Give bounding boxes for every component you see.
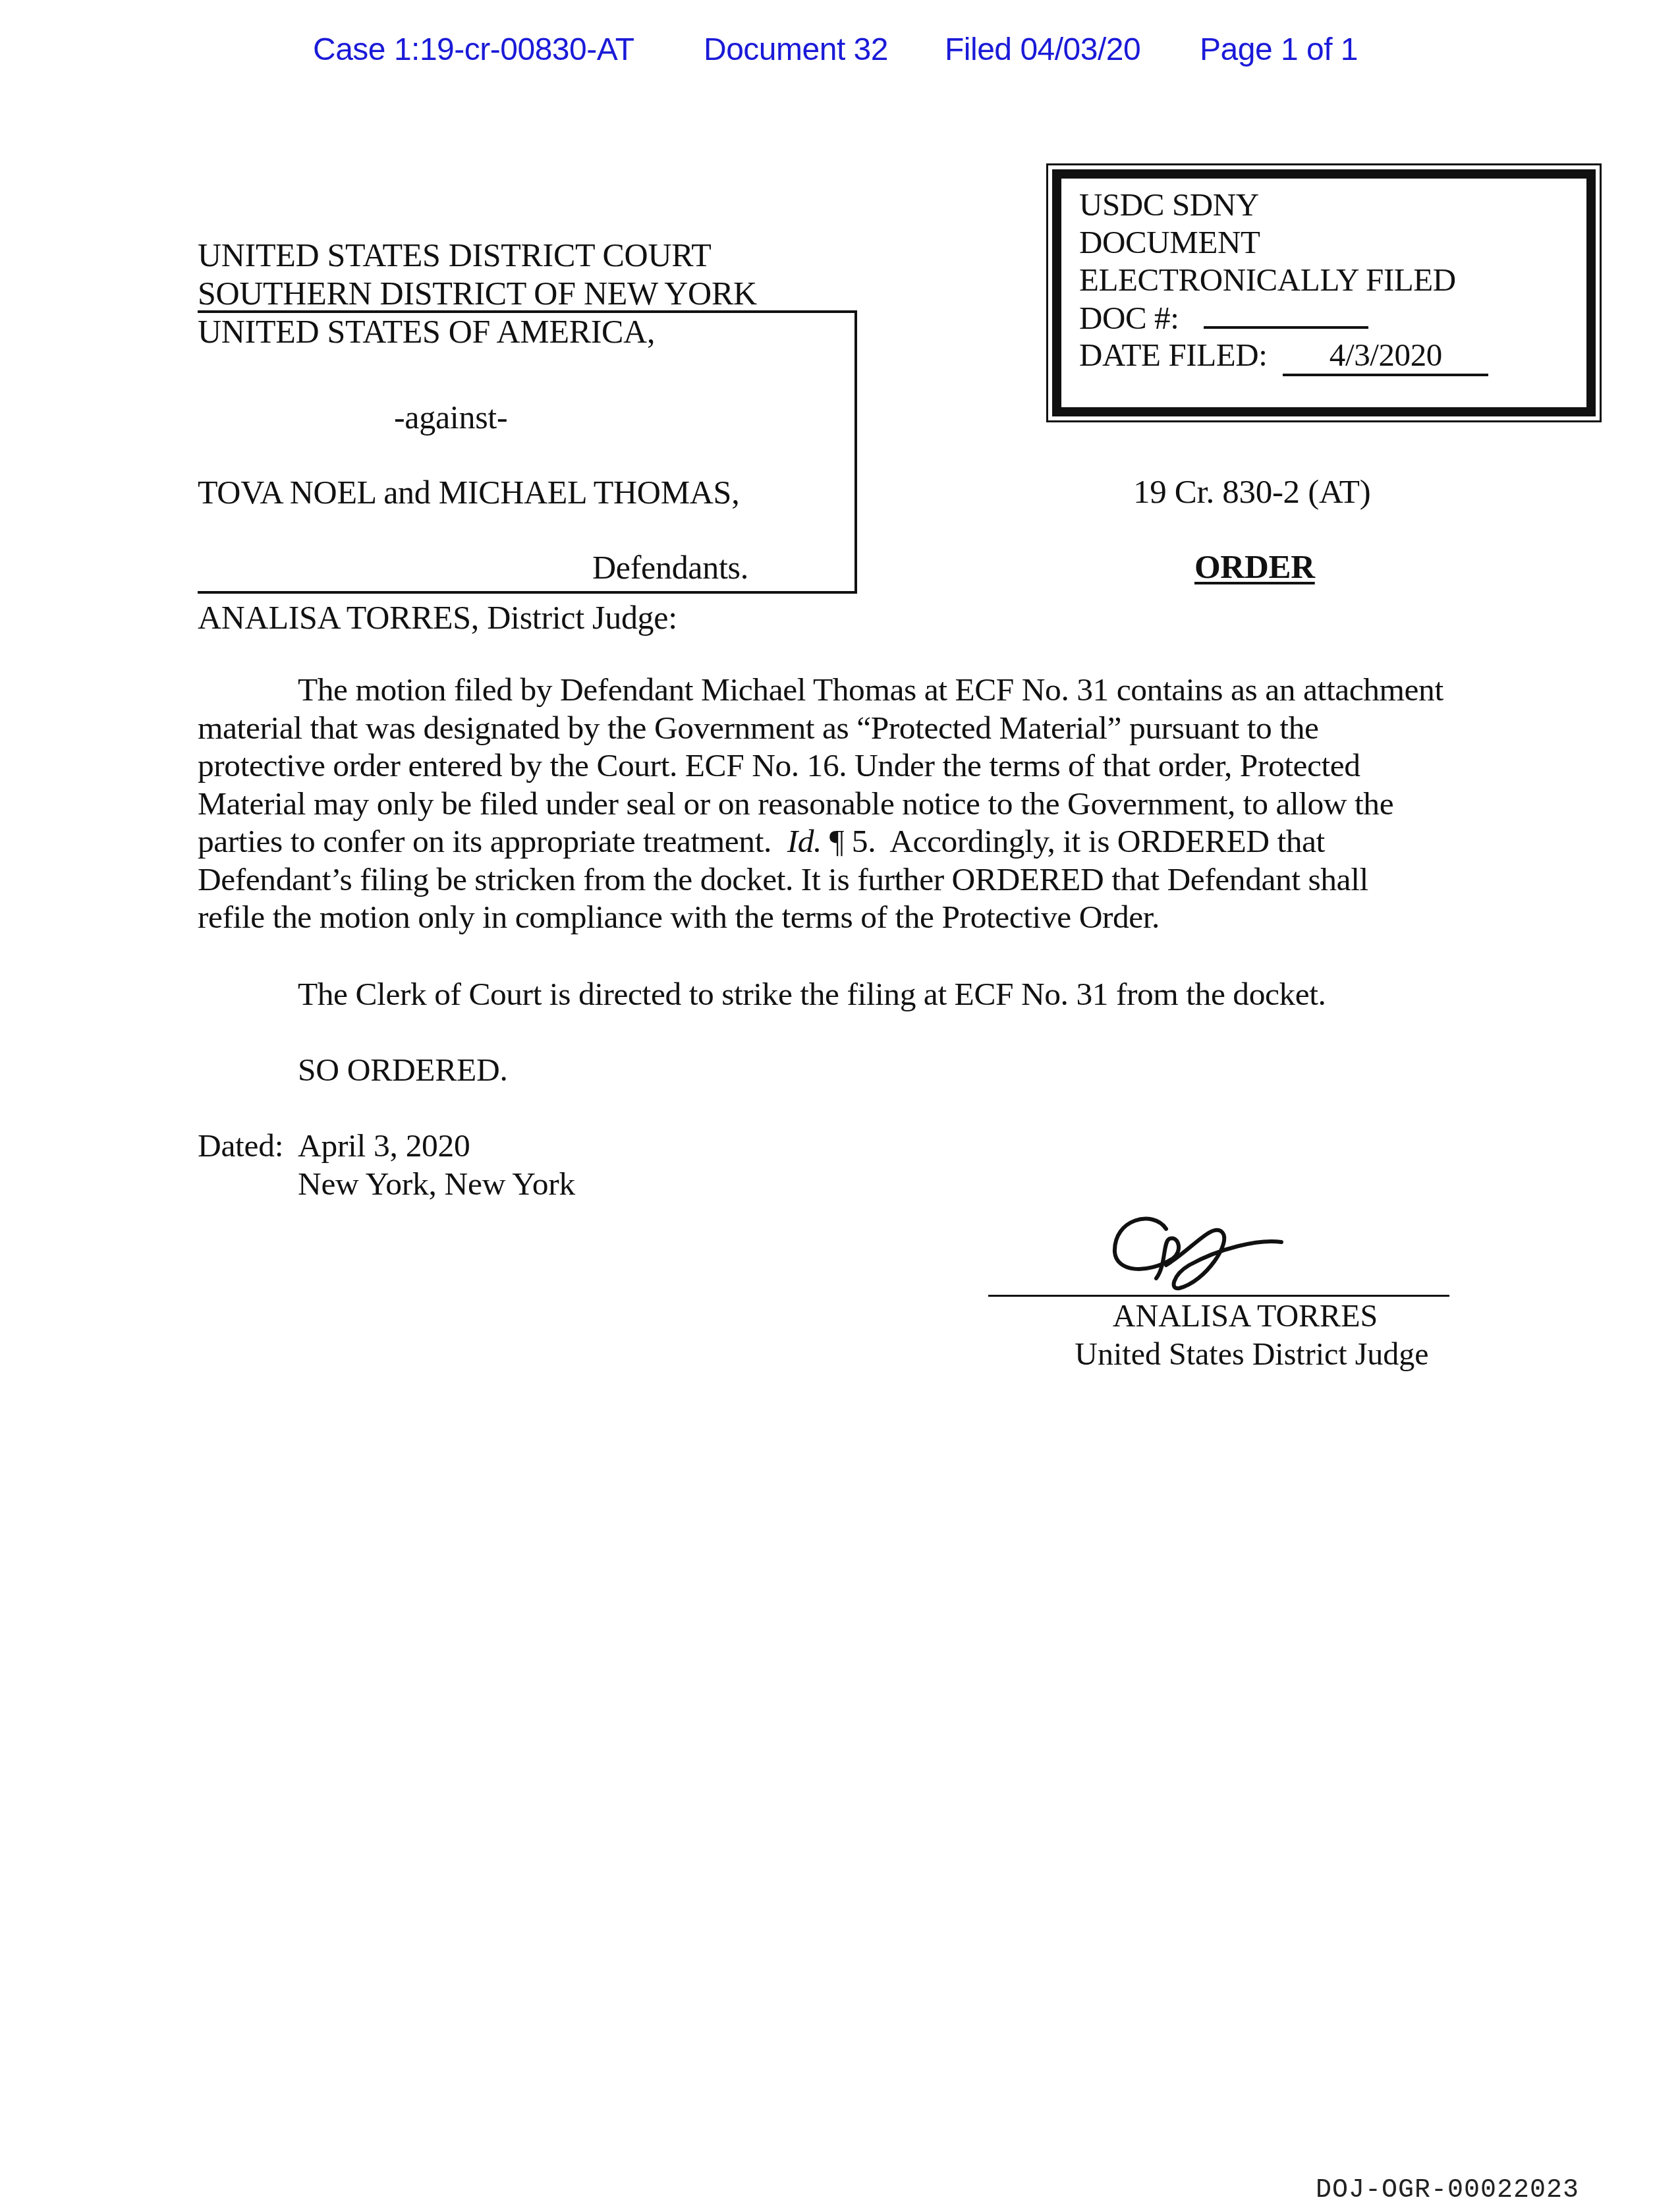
signature-line (988, 1295, 1449, 1297)
stamp-electronically-filed: ELECTRONICALLY FILED (1079, 261, 1456, 298)
plaintiff-name: UNITED STATES OF AMERICA, (198, 312, 655, 351)
ecf-filed-date: Filed 04/03/20 (945, 30, 1140, 70)
dated-label: Dated: (198, 1127, 283, 1165)
id-citation: Id. (787, 823, 822, 859)
stamp-date-value: 4/3/2020 (1283, 336, 1488, 376)
body-line: Material may only be filed under seal or… (198, 785, 1489, 823)
stamp-date-label: DATE FILED: (1079, 337, 1268, 373)
dated-date: April 3, 2020 (298, 1127, 470, 1165)
body-line: refile the motion only in compliance wit… (198, 898, 1489, 936)
stamp-doc-label: DOC #: (1079, 300, 1179, 336)
stamp-date-row: DATE FILED: 4/3/2020 (1079, 336, 1488, 376)
judge-heading: ANALISA TORRES, District Judge: (198, 598, 677, 637)
handwritten-signature-icon (1107, 1203, 1324, 1295)
body-line: Defendant’s filing be stricken from the … (198, 861, 1489, 899)
stamp-doc-number-row: DOC #: (1079, 298, 1368, 337)
body-line: parties to confer on its appropriate tre… (198, 822, 1489, 861)
versus-label: -against- (394, 398, 507, 436)
court-name: UNITED STATES DISTRICT COURT (198, 236, 712, 274)
order-body-paragraph-1: The motion filed by Defendant Michael Th… (198, 671, 1489, 936)
body-line: material that was designated by the Gove… (198, 709, 1489, 747)
defendants-label: Defendants. (592, 548, 748, 586)
body-line-start: parties to confer on its appropriate tre… (198, 823, 787, 859)
court-district: SOUTHERN DISTRICT OF NEW YORK (198, 274, 757, 312)
bates-number: DOJ-OGR-00022023 (1316, 2174, 1579, 2207)
dated-place: New York, New York (298, 1165, 575, 1203)
ecf-document-number: Document 32 (704, 30, 888, 70)
case-number: 19 Cr. 830-2 (AT) (1133, 473, 1370, 511)
body-line-end: ¶ 5. Accordingly, it is ORDERED that (822, 823, 1325, 859)
stamp-doc-number-field (1204, 298, 1368, 329)
body-line: protective order entered by the Court. E… (198, 747, 1489, 785)
stamp-document: DOCUMENT (1079, 223, 1260, 261)
ecf-header: Case 1:19-cr-00830-AT Document 32 Filed … (0, 30, 1680, 70)
order-title: ORDER (1194, 548, 1315, 586)
ecf-page-count: Page 1 of 1 (1200, 30, 1358, 70)
order-body-paragraph-2: The Clerk of Court is directed to strike… (298, 975, 1326, 1013)
signer-title: United States District Judge (988, 1336, 1515, 1373)
stamp-court: USDC SDNY (1079, 186, 1259, 223)
case-caption-box (198, 310, 857, 594)
so-ordered: SO ORDERED. (298, 1051, 507, 1089)
body-line: The motion filed by Defendant Michael Th… (198, 671, 1489, 709)
defendants-names: TOVA NOEL and MICHAEL THOMAS, (198, 473, 739, 511)
ecf-case-number: Case 1:19-cr-00830-AT (313, 30, 634, 70)
signer-name: ANALISA TORRES (1015, 1298, 1476, 1335)
